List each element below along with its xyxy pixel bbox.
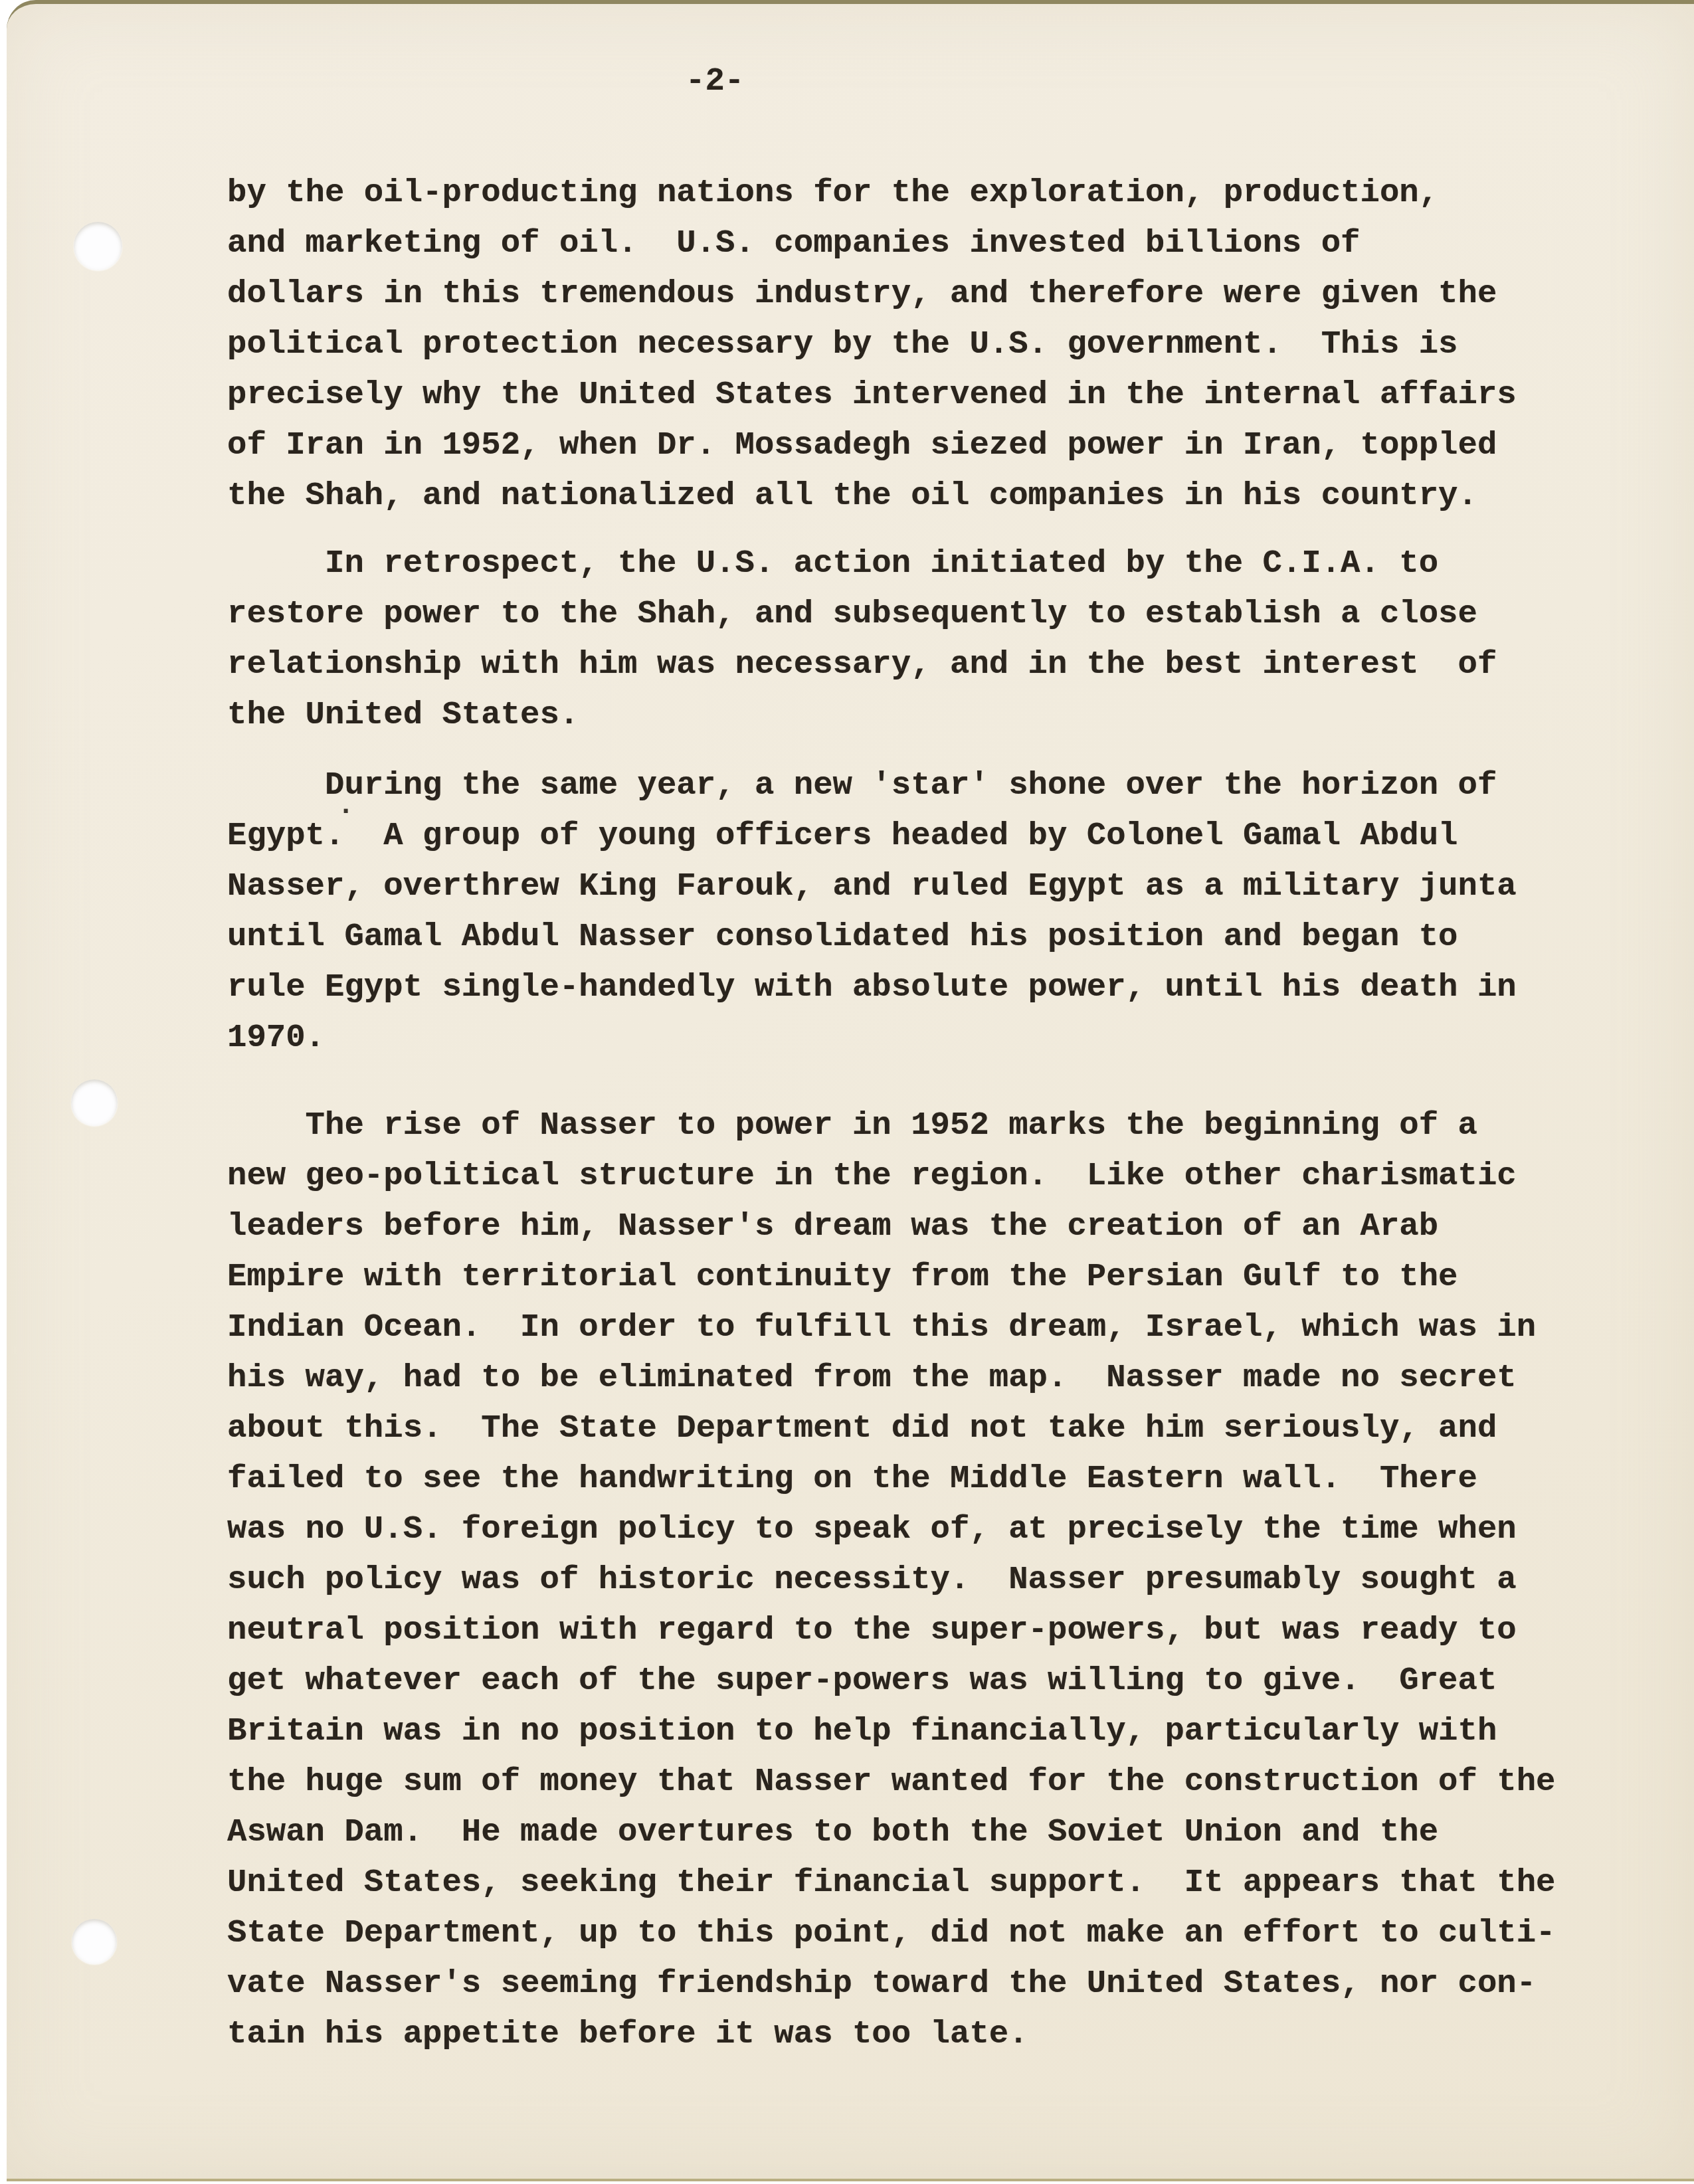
stray-dot-mark: . (337, 792, 354, 820)
text-line: Egypt. A group of young officers headed … (227, 810, 1596, 861)
text-line: 1970. (227, 1012, 1596, 1063)
text-line: failed to see the handwriting on the Mid… (227, 1453, 1596, 1504)
text-line: until Gamal Abdul Nasser consolidated hi… (227, 911, 1596, 962)
text-line: tain his appetite before it was too late… (227, 2009, 1596, 2059)
text-line: Indian Ocean. In order to fulfill this d… (227, 1302, 1596, 1352)
text-line: vate Nasser's seeming friendship toward … (227, 1958, 1596, 2009)
text-line: get whatever each of the super-powers wa… (227, 1655, 1596, 1706)
text-line: In retrospect, the U.S. action initiated… (227, 538, 1596, 589)
paragraph: The rise of Nasser to power in 1952 mark… (227, 1100, 1596, 2059)
text-line: leaders before him, Nasser's dream was t… (227, 1201, 1596, 1251)
text-line: the Shah, and nationalized all the oil c… (227, 470, 1596, 521)
hole-punch-middle (71, 1079, 118, 1126)
text-line: about this. The State Department did not… (227, 1403, 1596, 1453)
text-line: political protection necessary by the U.… (227, 319, 1596, 369)
text-line: Nasser, overthrew King Farouk, and ruled… (227, 861, 1596, 911)
hole-punch-top (74, 222, 122, 270)
paragraph: In retrospect, the U.S. action initiated… (227, 538, 1596, 740)
text-line: the huge sum of money that Nasser wanted… (227, 1756, 1596, 1807)
text-line: precisely why the United States interven… (227, 369, 1596, 420)
text-line: Britain was in no position to help finan… (227, 1706, 1596, 1756)
text-line: dollars in this tremendous industry, and… (227, 268, 1596, 319)
paragraph: During the same year, a new 'star' shone… (227, 760, 1596, 1063)
text-line: new geo-political structure in the regio… (227, 1150, 1596, 1201)
text-line: The rise of Nasser to power in 1952 mark… (227, 1100, 1596, 1150)
paragraph: by the oil-producting nations for the ex… (227, 167, 1596, 521)
page-number: -2- (686, 56, 744, 106)
scanned-page-canvas: { "page": { "number_label": "-2-" }, "do… (0, 0, 1694, 2184)
hole-punch-bottom (72, 1919, 117, 1964)
text-line: by the oil-producting nations for the ex… (227, 167, 1596, 218)
text-line: United States, seeking their financial s… (227, 1857, 1596, 1908)
text-line: the United States. (227, 689, 1596, 740)
text-line: relationship with him was necessary, and… (227, 639, 1596, 689)
text-line: Aswan Dam. He made overtures to both the… (227, 1807, 1596, 1857)
text-line: and marketing of oil. U.S. companies inv… (227, 218, 1596, 268)
text-line: restore power to the Shah, and subsequen… (227, 589, 1596, 639)
paper-sheet: -2- by the oil-producting nations for th… (7, 0, 1694, 2181)
text-line: During the same year, a new 'star' shone… (227, 760, 1596, 810)
text-line: State Department, up to this point, did … (227, 1908, 1596, 1958)
text-line: neutral position with regard to the supe… (227, 1605, 1596, 1655)
text-line: rule Egypt single-handedly with absolute… (227, 962, 1596, 1012)
text-line: his way, had to be eliminated from the m… (227, 1352, 1596, 1403)
text-line: was no U.S. foreign policy to speak of, … (227, 1504, 1596, 1554)
text-line: Empire with territorial continuity from … (227, 1251, 1596, 1302)
document-body: by the oil-producting nations for the ex… (227, 167, 1596, 2059)
text-line: such policy was of historic necessity. N… (227, 1554, 1596, 1605)
text-line: of Iran in 1952, when Dr. Mossadegh siez… (227, 420, 1596, 470)
